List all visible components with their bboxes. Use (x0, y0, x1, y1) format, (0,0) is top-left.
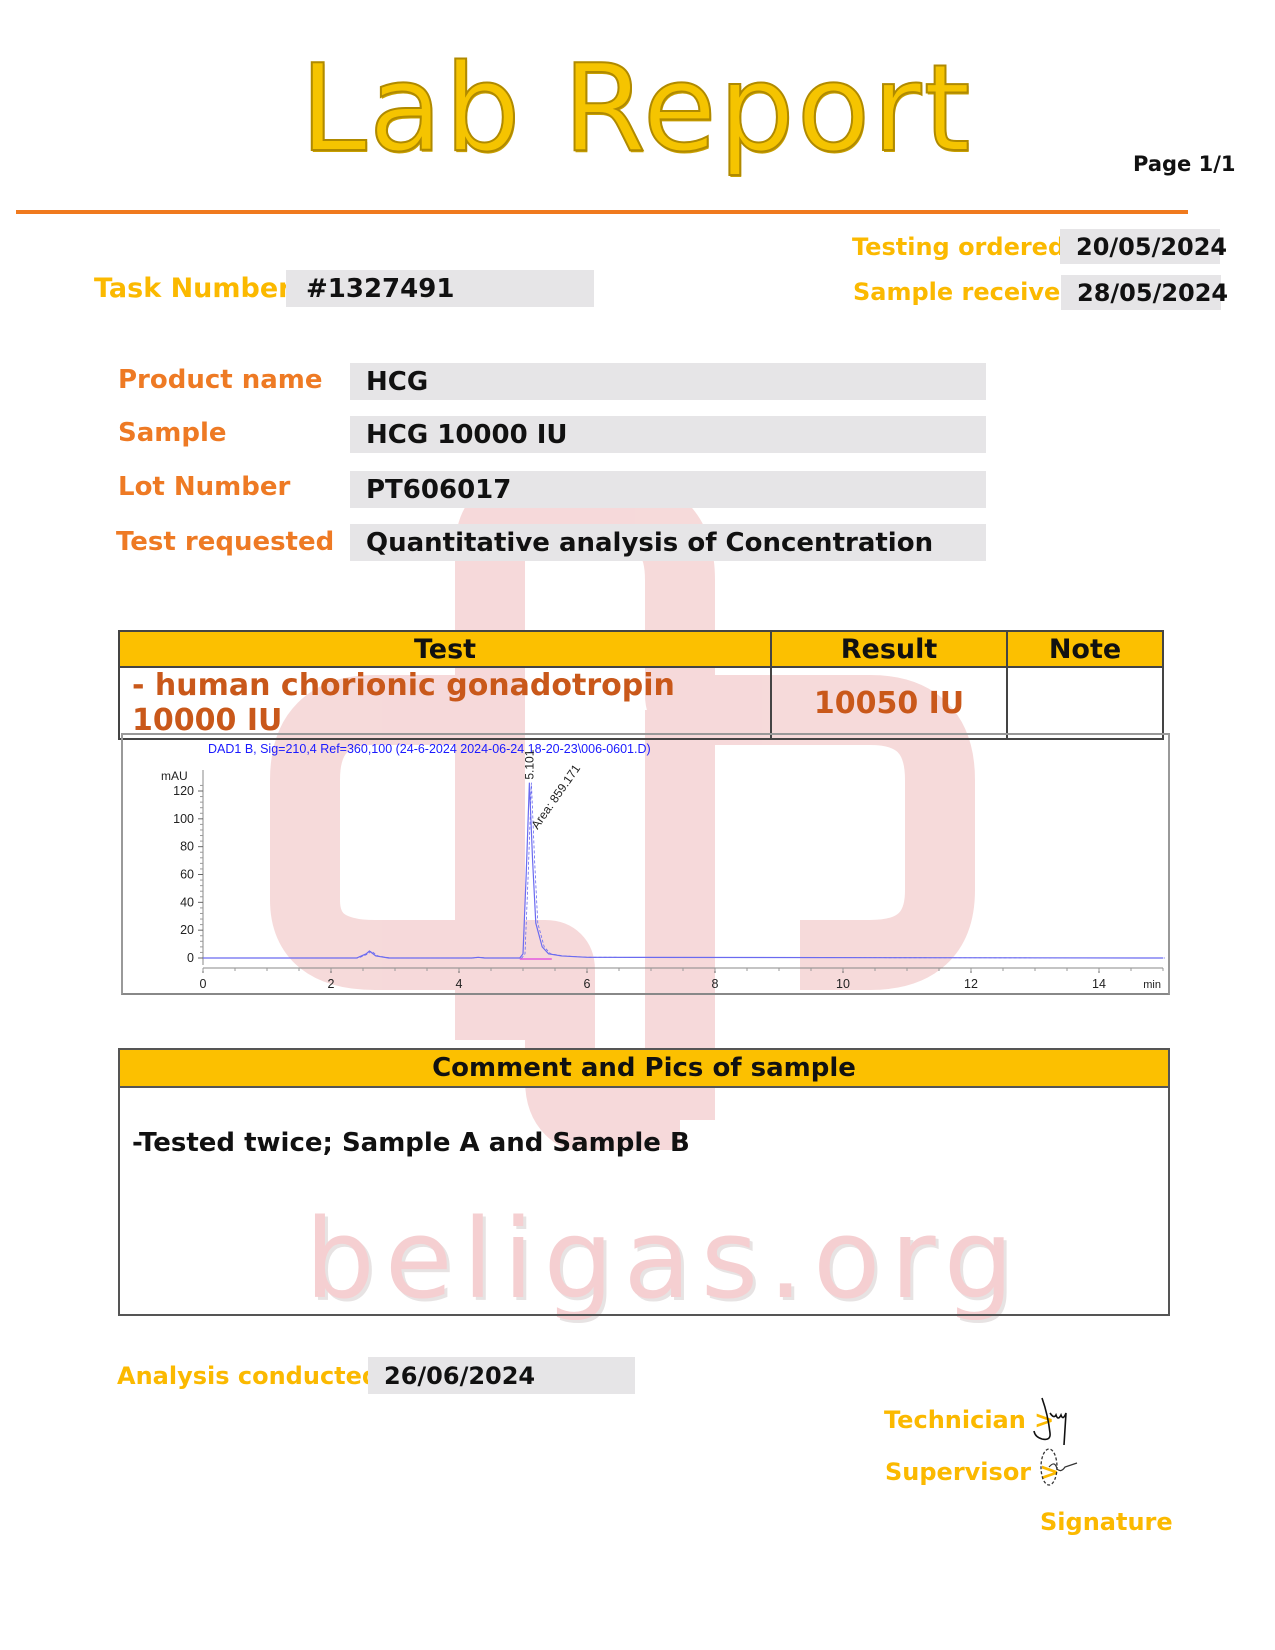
product-name-label: Product name (118, 365, 323, 395)
page-title: Lab Report (300, 40, 973, 179)
svg-text:0: 0 (187, 951, 194, 965)
svg-text:100: 100 (173, 812, 194, 826)
comment-header: Comment and Pics of sample (120, 1050, 1168, 1088)
technician-label: Technician > (884, 1406, 1054, 1434)
svg-text:6: 6 (584, 977, 591, 991)
results-header-row: Test Result Note (119, 631, 1163, 667)
col-test-header: Test (119, 631, 771, 667)
note-cell (1007, 667, 1163, 739)
sample-value: HCG 10000 IU (350, 416, 986, 453)
comment-text: -Tested twice; Sample A and Sample B (120, 1088, 1168, 1198)
col-result-header: Result (771, 631, 1007, 667)
signature-label: Signature (1040, 1508, 1173, 1536)
supervisor-label: Supervisor > (885, 1458, 1060, 1486)
svg-text:10: 10 (836, 977, 850, 991)
svg-text:Area: 859.171: Area: 859.171 (528, 762, 583, 832)
lot-number-value: PT606017 (350, 471, 986, 508)
product-name-value: HCG (350, 363, 986, 400)
chromatogram-plot: DAD1 B, Sig=210,4 Ref=360,100 (24-6-2024… (123, 735, 1168, 993)
sample-label: Sample (118, 418, 227, 448)
header-divider (16, 210, 1188, 214)
svg-text:8: 8 (712, 977, 719, 991)
page-number: Page 1/1 (1133, 152, 1235, 176)
svg-text:20: 20 (180, 923, 194, 937)
technician-signature-icon (1030, 1395, 1080, 1450)
svg-text:80: 80 (180, 840, 194, 854)
svg-text:DAD1 B, Sig=210,4 Ref=360,100: DAD1 B, Sig=210,4 Ref=360,100 (24-6-2024… (208, 742, 651, 756)
result-cell: 10050 IU (771, 667, 1007, 739)
lot-number-label: Lot Number (118, 472, 290, 502)
test-requested-value: Quantitative analysis of Concentration (350, 524, 986, 561)
analysis-conducted-label: Analysis conducted > (117, 1362, 408, 1390)
analysis-conducted-value: 26/06/2024 (368, 1357, 635, 1394)
svg-text:2: 2 (328, 977, 335, 991)
svg-text:mAU: mAU (161, 769, 188, 783)
chromatogram: DAD1 B, Sig=210,4 Ref=360,100 (24-6-2024… (121, 733, 1170, 995)
svg-text:40: 40 (180, 895, 194, 909)
table-row: - human chorionic gonadotropin 10000 IU … (119, 667, 1163, 739)
svg-text:4: 4 (456, 977, 463, 991)
svg-text:120: 120 (173, 784, 194, 798)
col-note-header: Note (1007, 631, 1163, 667)
task-number-value: #1327491 (286, 270, 594, 307)
test-cell: - human chorionic gonadotropin 10000 IU (119, 667, 771, 739)
svg-text:12: 12 (964, 977, 978, 991)
test-requested-label: Test requested (116, 527, 334, 557)
svg-text:60: 60 (180, 868, 194, 882)
svg-text:5.101: 5.101 (522, 749, 536, 779)
task-number-label: Task Number (94, 273, 292, 304)
svg-text:min: min (1143, 979, 1161, 991)
comment-section: Comment and Pics of sample -Tested twice… (118, 1048, 1170, 1316)
supervisor-signature-icon (1035, 1445, 1085, 1490)
svg-text:0: 0 (200, 977, 207, 991)
results-table: Test Result Note - human chorionic gonad… (118, 630, 1164, 740)
sample-received-value: 28/05/2024 (1061, 275, 1221, 310)
svg-text:14: 14 (1092, 977, 1106, 991)
testing-ordered-value: 20/05/2024 (1060, 229, 1220, 264)
